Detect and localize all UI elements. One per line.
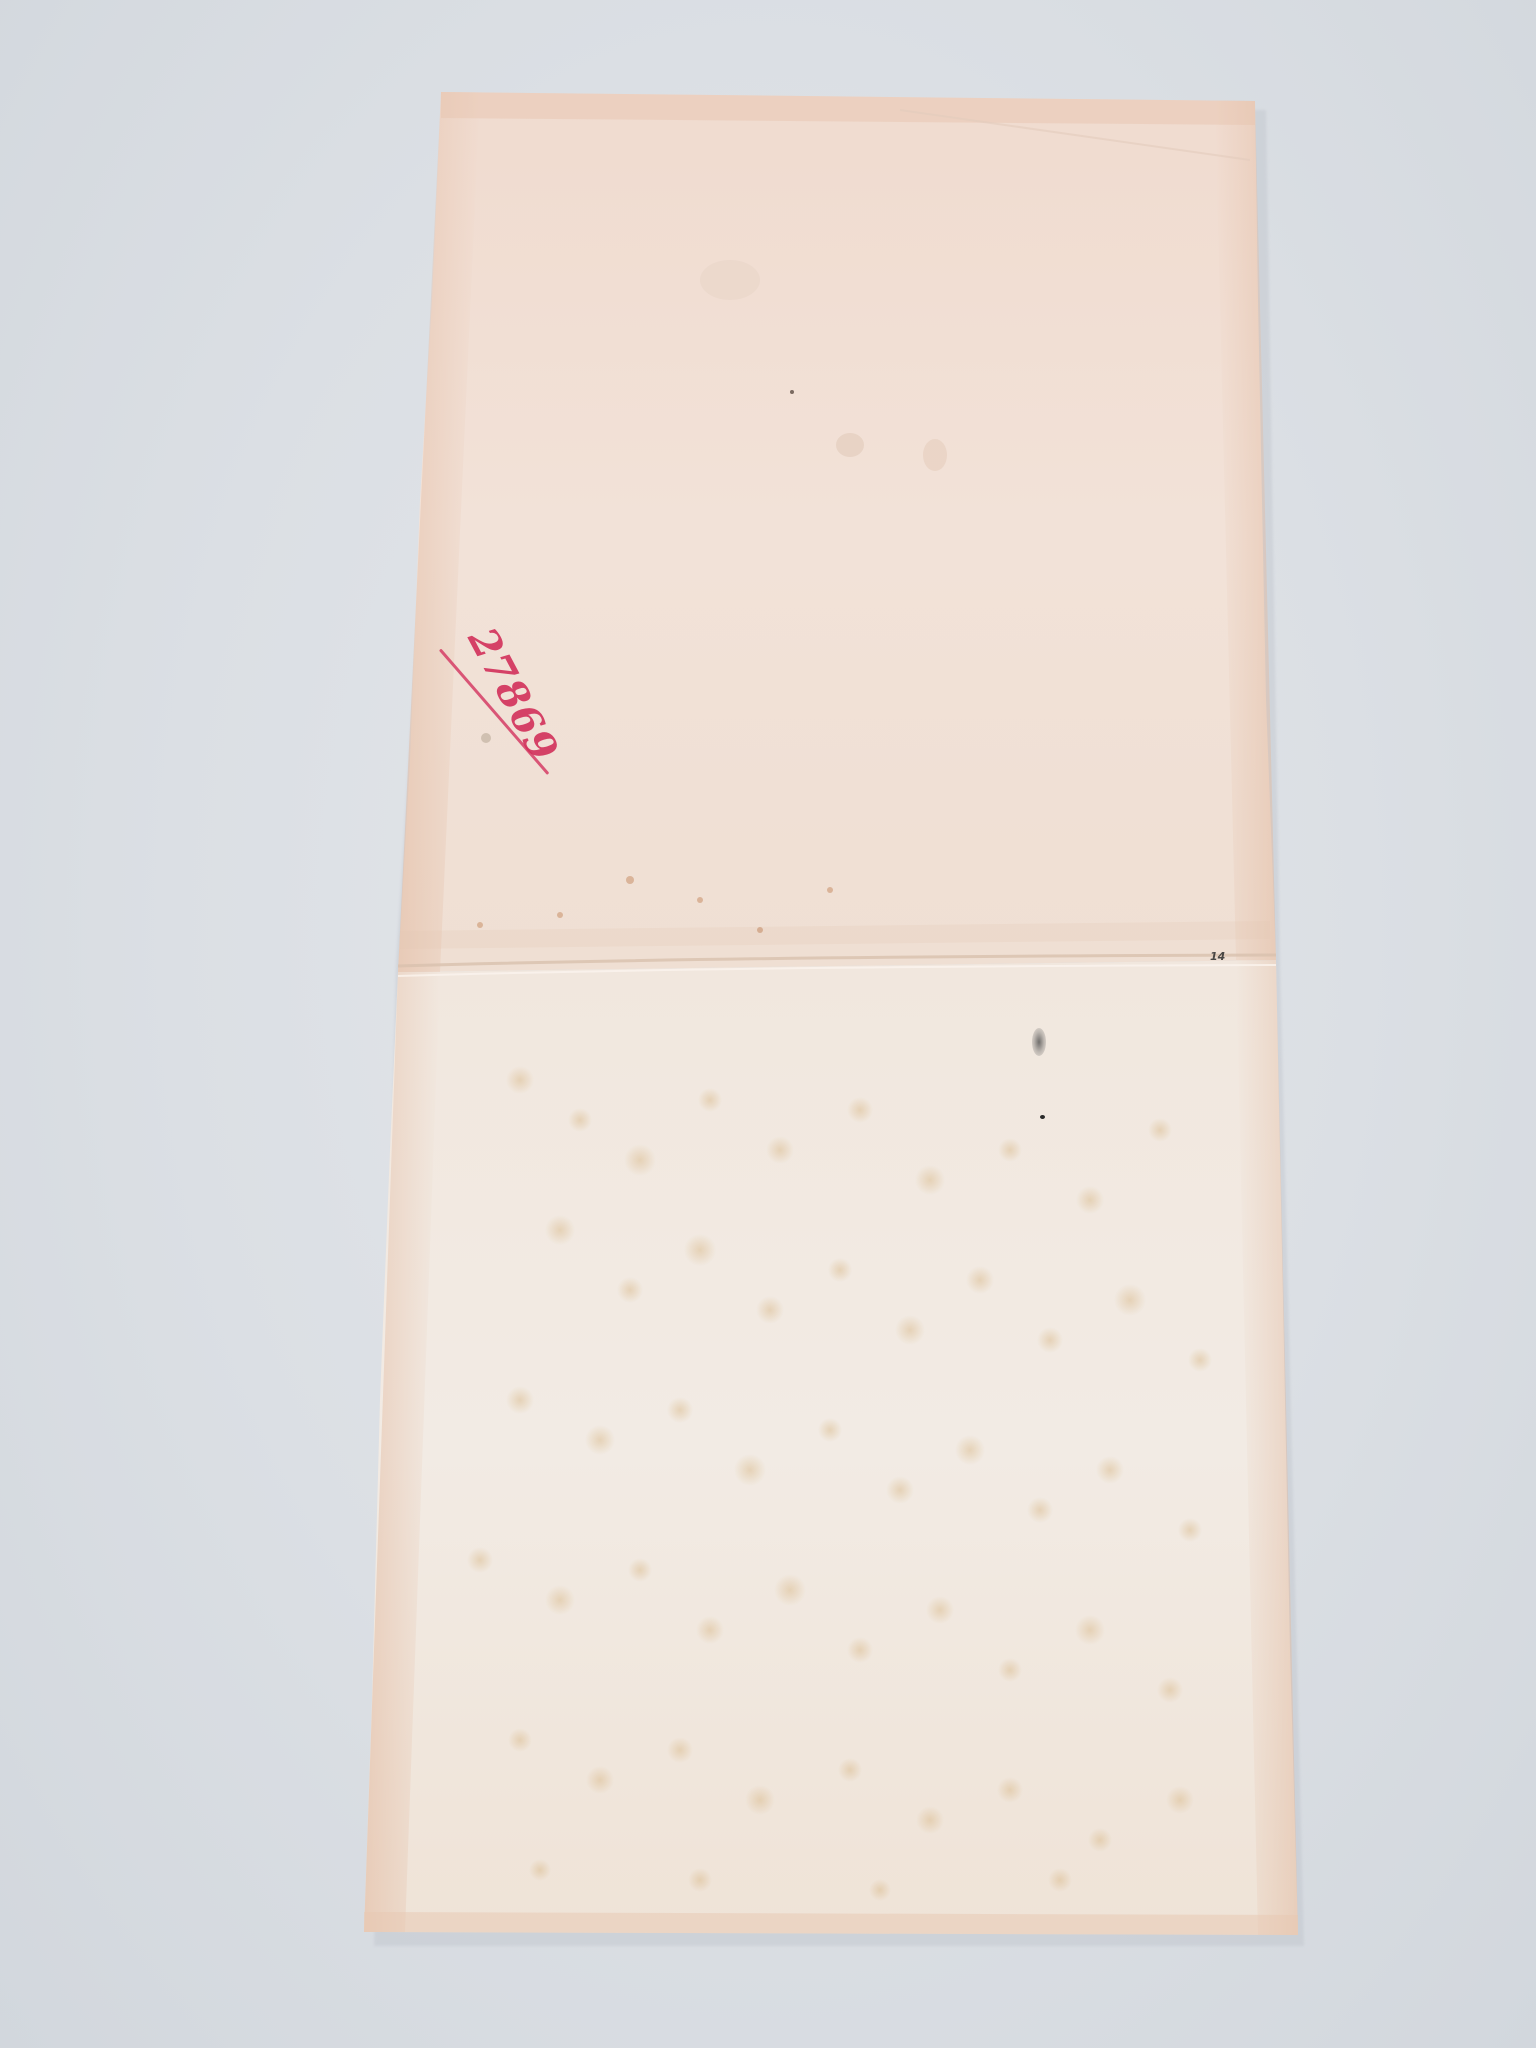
- paper-bottom-half: [364, 960, 1298, 1935]
- photo-scene: 27869 14: [0, 0, 1536, 2048]
- paper-sheet: [0, 0, 1536, 2048]
- ink-speck: [1040, 1115, 1045, 1119]
- ink-smudge: [1032, 1028, 1046, 1056]
- paper-top-half: [398, 92, 1276, 972]
- pencil-mark: 14: [1210, 950, 1225, 963]
